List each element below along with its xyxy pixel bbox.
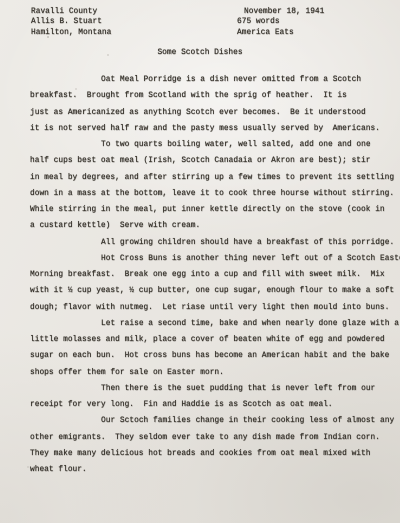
paragraph-line: dough; flavor with nutmeg. Let riase unt… xyxy=(30,300,395,316)
paragraph-line: a custard kettle) Serve with cream. xyxy=(30,218,395,234)
paragraph-line: Then there is the suet pudding that is n… xyxy=(30,381,395,397)
paragraph-line: just as Americanized as anything Scotch … xyxy=(30,105,395,121)
paragraph-line: While stirring in the meal, put inner ke… xyxy=(30,202,395,218)
paragraph-line: sugar on each bun. Hot cross buns has be… xyxy=(30,348,395,364)
paragraph-line: receipt for very long. Fin and Haddie is… xyxy=(30,397,395,413)
paragraph-line: To two quarts boiling water, well salted… xyxy=(30,137,395,153)
document-title: Some Scotch Dishes xyxy=(0,47,400,59)
header-date-block: November 18, 1941675 wordsAmerica Eats xyxy=(237,7,324,38)
header-left-line: Allis B. Stuart xyxy=(31,17,111,27)
paragraph-line: Let raise a second time, bake and when n… xyxy=(30,316,395,332)
paragraph-line: shops offer them for sale on Easter morn… xyxy=(30,365,395,381)
typewritten-document-page: Ravalli CountyAllis B. StuartHamilton, M… xyxy=(0,0,400,523)
paragraph-line: Hot Cross Buns is another thing never le… xyxy=(30,251,395,267)
paragraph-line: other emigrants. They seldom ever take t… xyxy=(30,430,395,446)
header-left-line: Ravalli County xyxy=(31,7,111,17)
paragraph-line: it is not served half raw and the pasty … xyxy=(30,121,395,137)
header-right-line: America Eats xyxy=(237,28,324,38)
paragraph-line: They make many delicious hot breads and … xyxy=(30,446,395,462)
paragraph-line: little molasses and milk, place a cover … xyxy=(30,332,395,348)
document-body: Oat Meal Porridge is a dish never omitte… xyxy=(30,72,395,478)
paragraph-line: breakfast. Brought from Scotland with th… xyxy=(30,88,395,104)
paragraph-line: in meal by degrees, and after stirring u… xyxy=(30,170,395,186)
header-left-line: Hamilton, Montana xyxy=(31,28,111,38)
paragraph-line: Our Sctoch families change in their cook… xyxy=(30,413,395,429)
paragraph-line: Oat Meal Porridge is a dish never omitte… xyxy=(30,72,395,88)
header-right-line: 675 words xyxy=(237,17,324,27)
paragraph-line: down in a mass at the bottom, leave it t… xyxy=(30,186,395,202)
paragraph-line: with it ½ cup yeast, ½ cup butter, one c… xyxy=(30,283,395,299)
paragraph-line: wheat flour. xyxy=(30,462,395,478)
header-author-block: Ravalli CountyAllis B. StuartHamilton, M… xyxy=(31,7,111,38)
header-right-line: November 18, 1941 xyxy=(237,7,324,17)
paragraph-line: All growing children should have a break… xyxy=(30,235,395,251)
paragraph-line: half cups best oat meal (Irish, Scotch C… xyxy=(30,153,395,169)
paragraph-line: Morning breakfast. Break one egg into a … xyxy=(30,267,395,283)
